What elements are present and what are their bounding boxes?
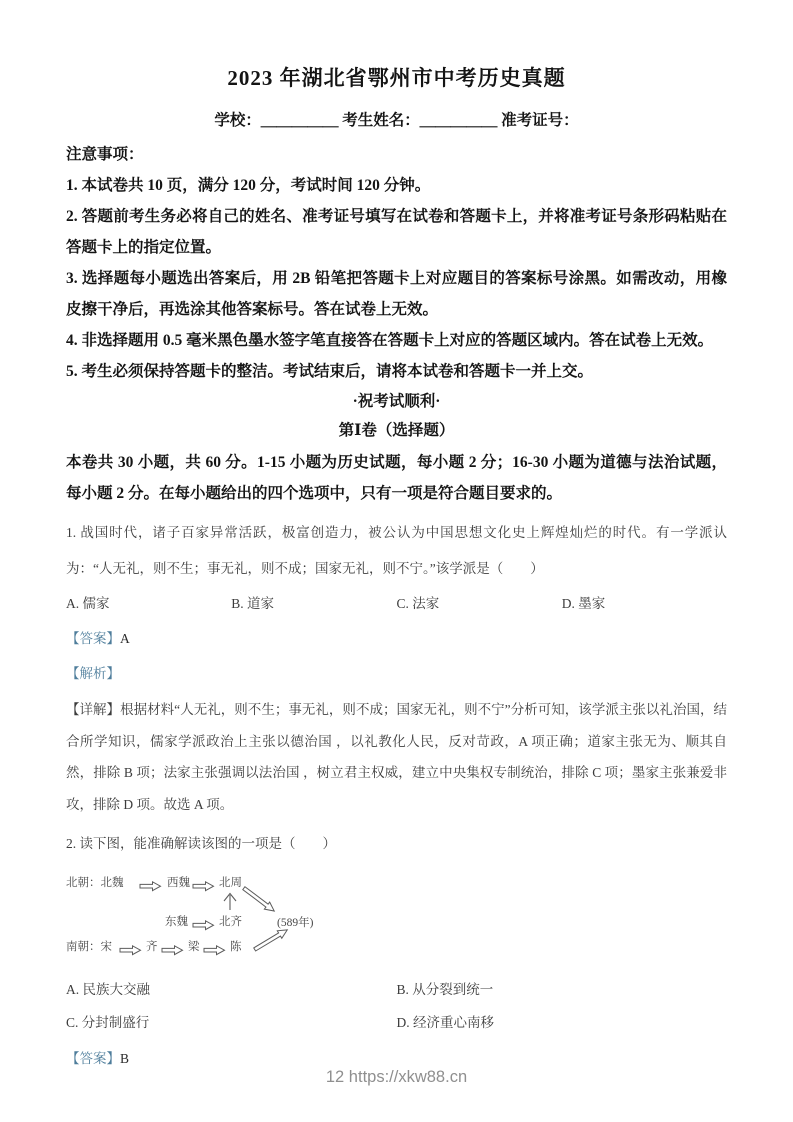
footer-page-url: 12 https://xkw88.cn xyxy=(0,1068,793,1087)
q1-option-b: B. 道家 xyxy=(231,589,396,619)
q1-answer-label: 【答案】 xyxy=(66,631,120,646)
school-label: 学校： xyxy=(214,112,261,129)
exam-number-label: 准考证号： xyxy=(501,112,579,129)
arrow-right-icon xyxy=(204,946,225,955)
question-2: 2. 读下图，能准确解读该图的一项是（ ） 北朝：北魏 西魏 北周 东魏 北齐 xyxy=(66,826,727,1070)
diagram-dongwei-label: 东魏 xyxy=(165,914,188,928)
q2-option-d: D. 经济重心南移 xyxy=(397,1006,728,1039)
candidate-info-line: 学校：＿＿＿＿＿ 考生姓名：＿＿＿＿＿ 准考证号： xyxy=(66,108,727,130)
diagram-chen-label: 陈 xyxy=(230,939,242,953)
q1-option-c: C. 法家 xyxy=(397,589,562,619)
section-intro: 本卷共 30 小题，共 60 分。1-15 小题为历史试题，每小题 2 分；16… xyxy=(66,447,727,509)
diagram-liang-label: 梁 xyxy=(188,939,200,953)
arrow-right-icon xyxy=(162,946,183,955)
q1-option-d: D. 墨家 xyxy=(562,589,727,619)
question-2-text: 2. 读下图，能准确解读该图的一项是（ ） xyxy=(66,826,727,862)
question-1: 1. 战国时代，诸子百家异常活跃，极富创造力，被公认为中国思想文化史上辉煌灿烂的… xyxy=(66,515,727,820)
exam-page: 2023 年湖北省鄂州市中考历史真题 学校：＿＿＿＿＿ 考生姓名：＿＿＿＿＿ 准… xyxy=(0,0,793,1070)
notice-item-1: 1. 本试卷共 10 页，满分 120 分，考试时间 120 分钟。 xyxy=(66,170,727,201)
question-2-options: A. 民族大交融 B. 从分裂到统一 C. 分封制盛行 D. 经济重心南移 xyxy=(66,973,727,1039)
q1-answer-line: 【答案】A xyxy=(66,628,727,650)
diagram-xiwei-label: 西魏 xyxy=(167,875,190,889)
diagram-beizhou-label: 北周 xyxy=(219,876,242,889)
candidate-name-label: 考生姓名： xyxy=(342,112,420,129)
notice-item-5: 5. 考生必须保持答题卡的整洁。考试结束后，请将本试卷和答题卡一并上交。 xyxy=(66,356,727,387)
q1-detail-label: 【详解】 xyxy=(66,702,120,717)
diagram-year-label: (589年) xyxy=(277,915,314,929)
arrow-right-icon xyxy=(193,882,214,891)
diagram-qi-label: 齐 xyxy=(146,940,158,953)
q2-answer-line: 【答案】B xyxy=(66,1048,727,1070)
diagram-south-label: 南朝：宋 xyxy=(66,939,112,953)
question-1-text: 1. 战国时代，诸子百家异常活跃，极富创造力，被公认为中国思想文化史上辉煌灿烂的… xyxy=(66,515,727,587)
arrow-right-icon xyxy=(120,946,141,955)
arrow-diagonal-down-icon xyxy=(241,885,277,915)
notice-item-2: 2. 答题前考生务必将自己的姓名、准考证号填写在试卷和答题卡上，并将准考证号条形… xyxy=(66,201,727,263)
section-title: 第Ⅰ卷（选择题） xyxy=(66,416,727,445)
page-title: 2023 年湖北省鄂州市中考历史真题 xyxy=(66,62,727,92)
school-blank-field: ＿＿＿＿＿ xyxy=(261,112,339,129)
arrow-right-icon xyxy=(193,921,214,930)
q1-option-a: A. 儒家 xyxy=(66,589,231,619)
q2-option-b: B. 从分裂到统一 xyxy=(397,973,728,1006)
q2-answer-label: 【答案】 xyxy=(66,1051,120,1066)
notices-heading: 注意事项： xyxy=(66,140,727,170)
blessing-line: ·祝考试顺利· xyxy=(66,387,727,416)
notice-item-3: 3. 选择题每小题选出答案后，用 2B 铅笔把答题卡上对应题目的答案标号涂黑。如… xyxy=(66,263,727,325)
notice-item-4: 4. 非选择题用 0.5 毫米黑色墨水签字笔直接答在答题卡上对应的答题区域内。答… xyxy=(66,325,727,356)
q1-analysis-label: 【解析】 xyxy=(66,666,120,681)
q1-detail-text: 根据材料“人无礼，则不生；事无礼，则不成；国家无礼，则不宁”分析可知，该学派主张… xyxy=(66,702,727,812)
succession-diagram-svg: 北朝：北魏 西魏 北周 东魏 北齐 (589年) 南朝：宋 齐 xyxy=(66,868,396,966)
q2-answer-value: B xyxy=(120,1051,129,1066)
candidate-name-blank-field: ＿＿＿＿＿ xyxy=(420,112,498,129)
notices-section: 注意事项： 1. 本试卷共 10 页，满分 120 分，考试时间 120 分钟。… xyxy=(66,140,727,387)
diagram-north-label: 北朝：北魏 xyxy=(66,875,124,889)
arrow-diagonal-up-icon xyxy=(252,926,289,953)
q2-option-a: A. 民族大交融 xyxy=(66,973,397,1006)
dynasty-succession-diagram: 北朝：北魏 西魏 北周 东魏 北齐 (589年) 南朝：宋 齐 xyxy=(66,868,727,971)
question-1-options: A. 儒家 B. 道家 C. 法家 D. 墨家 xyxy=(66,589,727,619)
arrow-right-icon xyxy=(140,882,161,891)
q1-detail-paragraph: 【详解】根据材料“人无礼，则不生；事无礼，则不成；国家无礼，则不宁”分析可知，该… xyxy=(66,694,727,820)
q1-analysis-line: 【解析】 xyxy=(66,663,727,685)
arrow-up-icon xyxy=(224,894,236,911)
diagram-beiqi-label: 北齐 xyxy=(219,915,242,928)
q1-answer-value: A xyxy=(120,631,130,646)
q2-option-c: C. 分封制盛行 xyxy=(66,1006,397,1039)
